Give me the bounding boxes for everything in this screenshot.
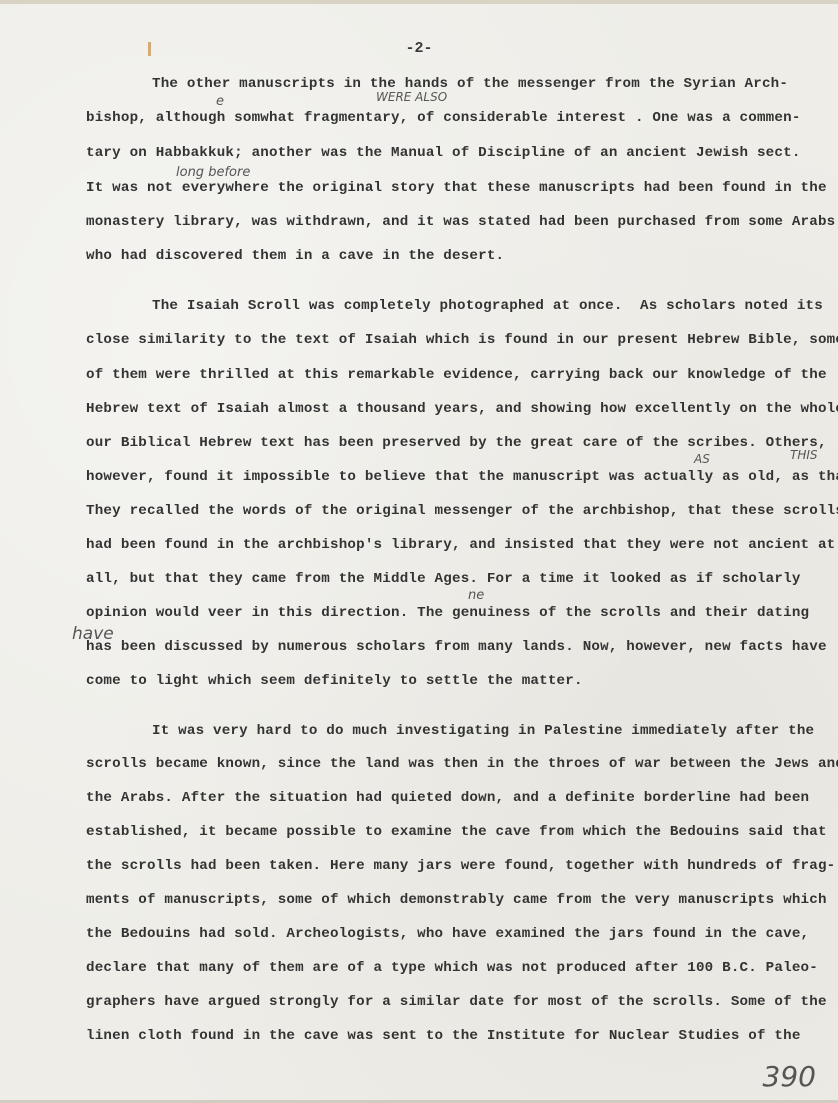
text-line: all, but that they came from the Middle …: [86, 571, 801, 587]
text-line: It was not everywhere the original story…: [86, 180, 827, 196]
text-line: The Isaiah Scroll was completely photogr…: [152, 298, 823, 314]
handwritten-annotation: ne: [468, 588, 484, 603]
paper-top-edge: [0, 0, 838, 4]
text-line: who had discovered them in a cave in the…: [86, 248, 504, 264]
text-line: established, it became possible to exami…: [86, 824, 827, 840]
text-line: come to light which seem definitely to s…: [86, 673, 583, 689]
text-line: linen cloth found in the cave was sent t…: [86, 1028, 801, 1044]
text-line: tary on Habbakkuk; another was the Manua…: [86, 145, 801, 161]
handwritten-annotation: THIS: [790, 448, 818, 462]
text-line: It was very hard to do much investigatin…: [152, 723, 814, 739]
handwritten-annotation: e: [216, 94, 224, 109]
text-line: however, found it impossible to believe …: [86, 469, 838, 485]
text-line: bishop, although somwhat fragmentary, of…: [86, 110, 801, 126]
text-line: the Arabs. After the situation had quiet…: [86, 790, 809, 806]
handwritten-folio-number: 390: [763, 1060, 816, 1093]
text-line: had been found in the archbishop's libra…: [86, 537, 835, 553]
text-line: ments of manuscripts, some of which demo…: [86, 892, 827, 908]
handwritten-annotation: AS: [694, 452, 710, 466]
text-line: Hebrew text of Isaiah almost a thousand …: [86, 401, 838, 417]
text-line: The other manuscripts in the hands of th…: [152, 76, 788, 92]
text-line: the scrolls had been taken. Here many ja…: [86, 858, 835, 874]
page-marker: -2-: [0, 40, 838, 57]
text-line: They recalled the words of the original …: [86, 503, 838, 519]
text-line: opinion would veer in this direction. Th…: [86, 605, 809, 621]
document-page: -2- The other manuscripts in the hands o…: [0, 0, 838, 1103]
text-line: declare that many of them are of a type …: [86, 960, 818, 976]
handwritten-annotation: have: [72, 624, 114, 644]
text-line: our Biblical Hebrew text has been preser…: [86, 435, 827, 451]
text-line: the Bedouins had sold. Archeologists, wh…: [86, 926, 809, 942]
text-line: has been discussed by numerous scholars …: [86, 639, 827, 655]
handwritten-annotation: long before: [176, 165, 250, 180]
handwritten-annotation: WERE ALSO: [376, 90, 447, 104]
text-line: graphers have argued strongly for a simi…: [86, 994, 827, 1010]
text-line: scrolls became known, since the land was…: [86, 756, 838, 772]
text-line: of them were thrilled at this remarkable…: [86, 367, 827, 383]
text-line: monastery library, was withdrawn, and it…: [86, 214, 835, 230]
text-line: close similarity to the text of Isaiah w…: [86, 332, 838, 348]
